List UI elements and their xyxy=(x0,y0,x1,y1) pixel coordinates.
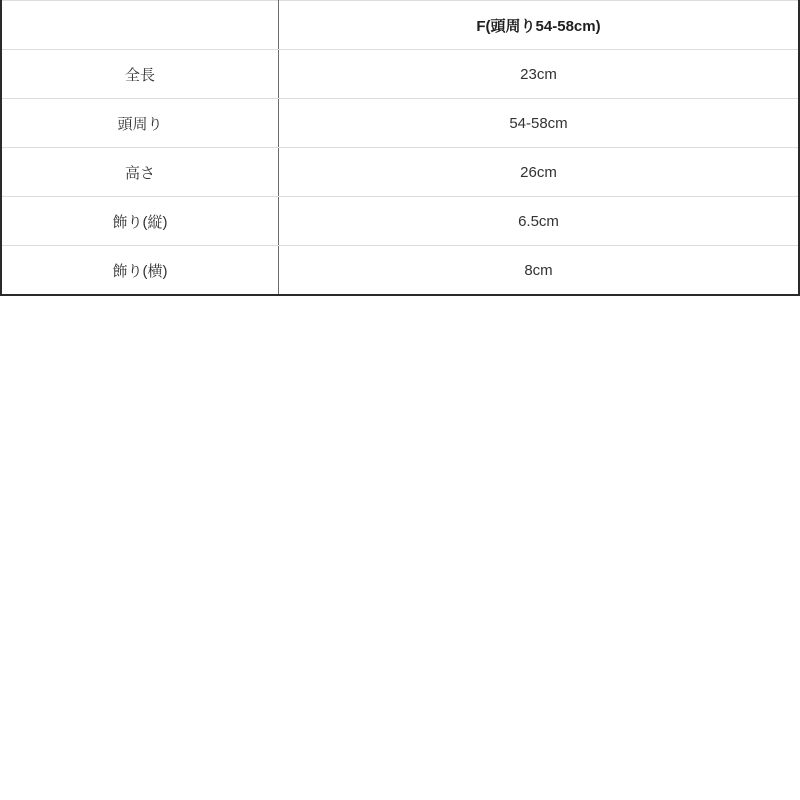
header-size-cell: F(頭周り54-58cm) xyxy=(279,1,800,50)
measurement-label: 飾り(横) xyxy=(1,246,279,296)
measurement-value: 54-58cm xyxy=(279,99,800,148)
measurement-label: 頭周り xyxy=(1,99,279,148)
table-row: 高さ 26cm xyxy=(1,148,799,197)
page-background: F(頭周り54-58cm) 全長 23cm 頭周り 54-58cm 高さ 26c… xyxy=(0,0,800,800)
measurement-label: 高さ xyxy=(1,148,279,197)
size-spec-table: F(頭周り54-58cm) 全長 23cm 頭周り 54-58cm 高さ 26c… xyxy=(0,0,800,296)
measurement-label: 飾り(縦) xyxy=(1,197,279,246)
measurement-value: 8cm xyxy=(279,246,800,296)
header-corner-cell xyxy=(1,1,279,50)
table-row: 全長 23cm xyxy=(1,50,799,99)
measurement-value: 26cm xyxy=(279,148,800,197)
table-row: 飾り(横) 8cm xyxy=(1,246,799,296)
measurement-value: 23cm xyxy=(279,50,800,99)
table-row: 飾り(縦) 6.5cm xyxy=(1,197,799,246)
table-row: 頭周り 54-58cm xyxy=(1,99,799,148)
table-header-row: F(頭周り54-58cm) xyxy=(1,1,799,50)
measurement-value: 6.5cm xyxy=(279,197,800,246)
measurement-label: 全長 xyxy=(1,50,279,99)
